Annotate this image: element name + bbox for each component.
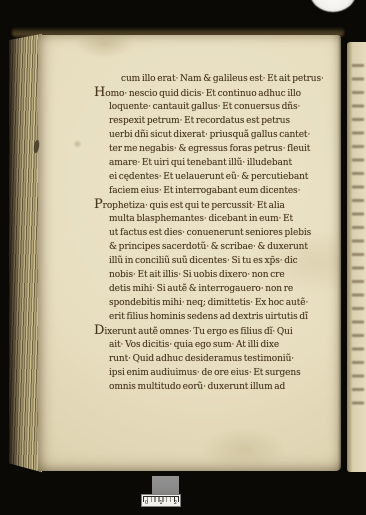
manuscript-line: omnis multitudo eorũ· duxerunt illum ad — [94, 380, 336, 394]
manuscript-line: amare· Et uiri qui tenebant illũ· illude… — [94, 156, 336, 170]
manuscript-line: multa blasphemantes· dicebant in eum· Et — [94, 212, 336, 226]
manuscript-line: ter me negabis· & egressus foras petrus·… — [94, 142, 336, 156]
manuscript-line: detis mihi· Si autẽ & interrogauero· non… — [94, 282, 336, 296]
manuscript-line: spondebitis mihi· neq; dimittetis· Ex ho… — [94, 296, 336, 310]
next-page-edge — [347, 42, 366, 472]
manuscript-line: Dixerunt autẽ omnes· Tu ergo es filius d… — [94, 324, 336, 338]
manuscript-photo: cum illo erat· Nam & galileus est· Et ai… — [0, 0, 366, 515]
ruler-digits: 0 1 2 — [142, 500, 180, 506]
manuscript-line: ut factus est dies· conuenerunt seniores… — [94, 226, 336, 240]
ruler-digit-0: 0 — [145, 500, 148, 506]
manuscript-line: uerbi dñi sicut dixerat· priusquã gallus… — [94, 128, 336, 142]
ink-blemish — [33, 140, 40, 154]
manuscript-page: cum illo erat· Nam & galileus est· Et ai… — [38, 35, 341, 471]
gray-color-patch — [152, 476, 179, 494]
ruler-digit-2: 2 — [174, 500, 177, 506]
manuscript-line: Prophetiza· quis est qui te percussit· E… — [94, 198, 336, 212]
manuscript-line: & principes sacerdotũ· & scribae· & duxe… — [94, 240, 336, 254]
text-block: cum illo erat· Nam & galileus est· Et ai… — [94, 72, 336, 394]
light-reflection — [310, 0, 356, 12]
manuscript-line: ait· Vos dicitis· quia ego sum· At illi … — [94, 338, 336, 352]
ruler-digit-1: 1 — [159, 500, 162, 506]
manuscript-line: ei cędentes· Et uelauerunt eũ· & percuti… — [94, 170, 336, 184]
manuscript-line: loquente· cantauit gallus· Et conuersus … — [94, 100, 336, 114]
manuscript-line: nobis· Et ait illis· Si uobis dixero· no… — [94, 268, 336, 282]
manuscript-line: Homo· nescio quid dicis· Et continuo adh… — [94, 86, 336, 100]
manuscript-line: cum illo erat· Nam & galileus est· Et ai… — [94, 72, 336, 86]
next-page-ghost-text — [352, 64, 364, 414]
manuscript-line: respexit petrum· Et recordatus est petru… — [94, 114, 336, 128]
cm-ruler: 0 1 2 — [141, 494, 181, 507]
manuscript-line: faciem eius· Et interrogabant eum dicent… — [94, 184, 336, 198]
manuscript-line: runt· Quid adhuc desideramus testimoniũ· — [94, 352, 336, 366]
manuscript-line: erit filius hominis sedens ad dextris ui… — [94, 310, 336, 324]
manuscript-line: ipsi enim audiuimus· de ore eius· Et sur… — [94, 366, 336, 380]
manuscript-line: illũ in conciliũ suũ dicentes· Si tu es … — [94, 254, 336, 268]
